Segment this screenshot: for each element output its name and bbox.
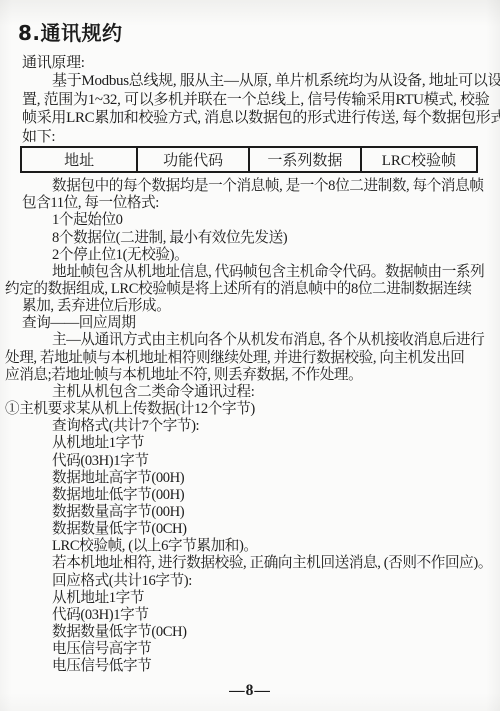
packet-format-table: 地址 功能代码 一系列数据 LRC校验帧 <box>20 146 478 173</box>
page-number: —8— <box>0 682 500 700</box>
table-cell-lrc-frame: LRC校验帧 <box>361 147 477 172</box>
table-cell-address: 地址 <box>21 147 137 172</box>
text-line: 约定的数据组成, LRC校验帧是将上述所有的消息帧中的8位二进制数据连续 <box>0 281 500 298</box>
text-line: 如下: <box>0 128 500 146</box>
text-line: 应消息;若地址帧与本机地址不符, 则丢弃数据, 不作处理。 <box>0 367 500 384</box>
intro-paragraph: 通讯原理: 基于Modbus总线规, 服从主—从原, 单片机系统均为从设备, 地… <box>0 54 500 146</box>
text-line: 地址帧包含从机地址信息, 代码帧包含主机命令代码。数据帧由一系列 <box>0 264 500 281</box>
text-line: 置, 范围为1~32, 可以多机并联在一个总线上, 信号传输采用RTU模式, 校… <box>0 91 500 109</box>
text-line: 数据数量低字节(0CH) <box>0 521 500 538</box>
text-line: 通讯原理: <box>0 54 500 72</box>
text-line: 从机地址1字节 <box>0 435 500 452</box>
text-line: 数据包中的每个数据均是一个消息帧, 是一个8位二进制数, 每个消息帧 <box>0 178 500 195</box>
scanned-manual-page: 8.通讯规约 通讯原理: 基于Modbus总线规, 服从主—从原, 单片机系统均… <box>0 0 500 711</box>
text-line: 包含11位, 每一位格式: <box>0 195 500 212</box>
text-line: 累加, 丢弃进位后形成。 <box>0 298 500 315</box>
text-line: 查询——回应周期 <box>0 315 500 332</box>
text-line: 8个数据位(二进制, 最小有效位先发送) <box>0 230 500 247</box>
text-line: 处理, 若地址帧与本机地址相符则继续处理, 并进行数据校验, 向主机发出回 <box>0 350 500 367</box>
text-line: 数据地址低字节(00H) <box>0 487 500 504</box>
section-title: 8.通讯规约 <box>18 20 500 46</box>
text-line: 从机地址1字节 <box>0 590 500 607</box>
text-line: 帧采用LRC累加和校验方式, 消息以数据包的形式进行传送, 每个数据包形式 <box>0 109 500 127</box>
text-line: 数据地址高字节(00H) <box>0 470 500 487</box>
text-line: 数据数量高字节(00H) <box>0 504 500 521</box>
text-line: 1个起始位0 <box>0 212 500 229</box>
text-line: 代码(03H)1字节 <box>0 607 500 624</box>
text-line: 基于Modbus总线规, 服从主—从原, 单片机系统均为从设备, 地址可以设 <box>0 72 500 90</box>
table-row: 地址 功能代码 一系列数据 LRC校验帧 <box>21 147 477 172</box>
text-line: 数据数量低字节(0CH) <box>0 624 500 641</box>
text-line: 若本机地址相符, 进行数据校验, 正确向主机回送消息, (否则不作回应)。 <box>0 555 500 572</box>
table-cell-function-code: 功能代码 <box>137 147 249 172</box>
text-line: 查询格式(共计7个字节): <box>0 418 500 435</box>
text-line: 代码(03H)1字节 <box>0 453 500 470</box>
text-line: 电压信号高字节 <box>0 641 500 658</box>
body-text: 数据包中的每个数据均是一个消息帧, 是一个8位二进制数, 每个消息帧 包含11位… <box>0 178 500 676</box>
text-line: 2个停止位1(无校验)。 <box>0 247 500 264</box>
table-cell-data-series: 一系列数据 <box>249 147 361 172</box>
text-line: 电压信号低字节 <box>0 658 500 675</box>
text-line: 回应格式(共计16字节): <box>0 573 500 590</box>
text-line: LRC校验帧, (以上6字节累加和)。 <box>0 538 500 555</box>
text-line: 主—从通讯方式由主机向各个从机发布消息, 各个从机接收消息后进行 <box>0 332 500 349</box>
text-line: 主机从机包含二类命令通讯过程: <box>0 384 500 401</box>
text-line: ①主机要求某从机上传数据(计12个字节) <box>0 401 500 418</box>
